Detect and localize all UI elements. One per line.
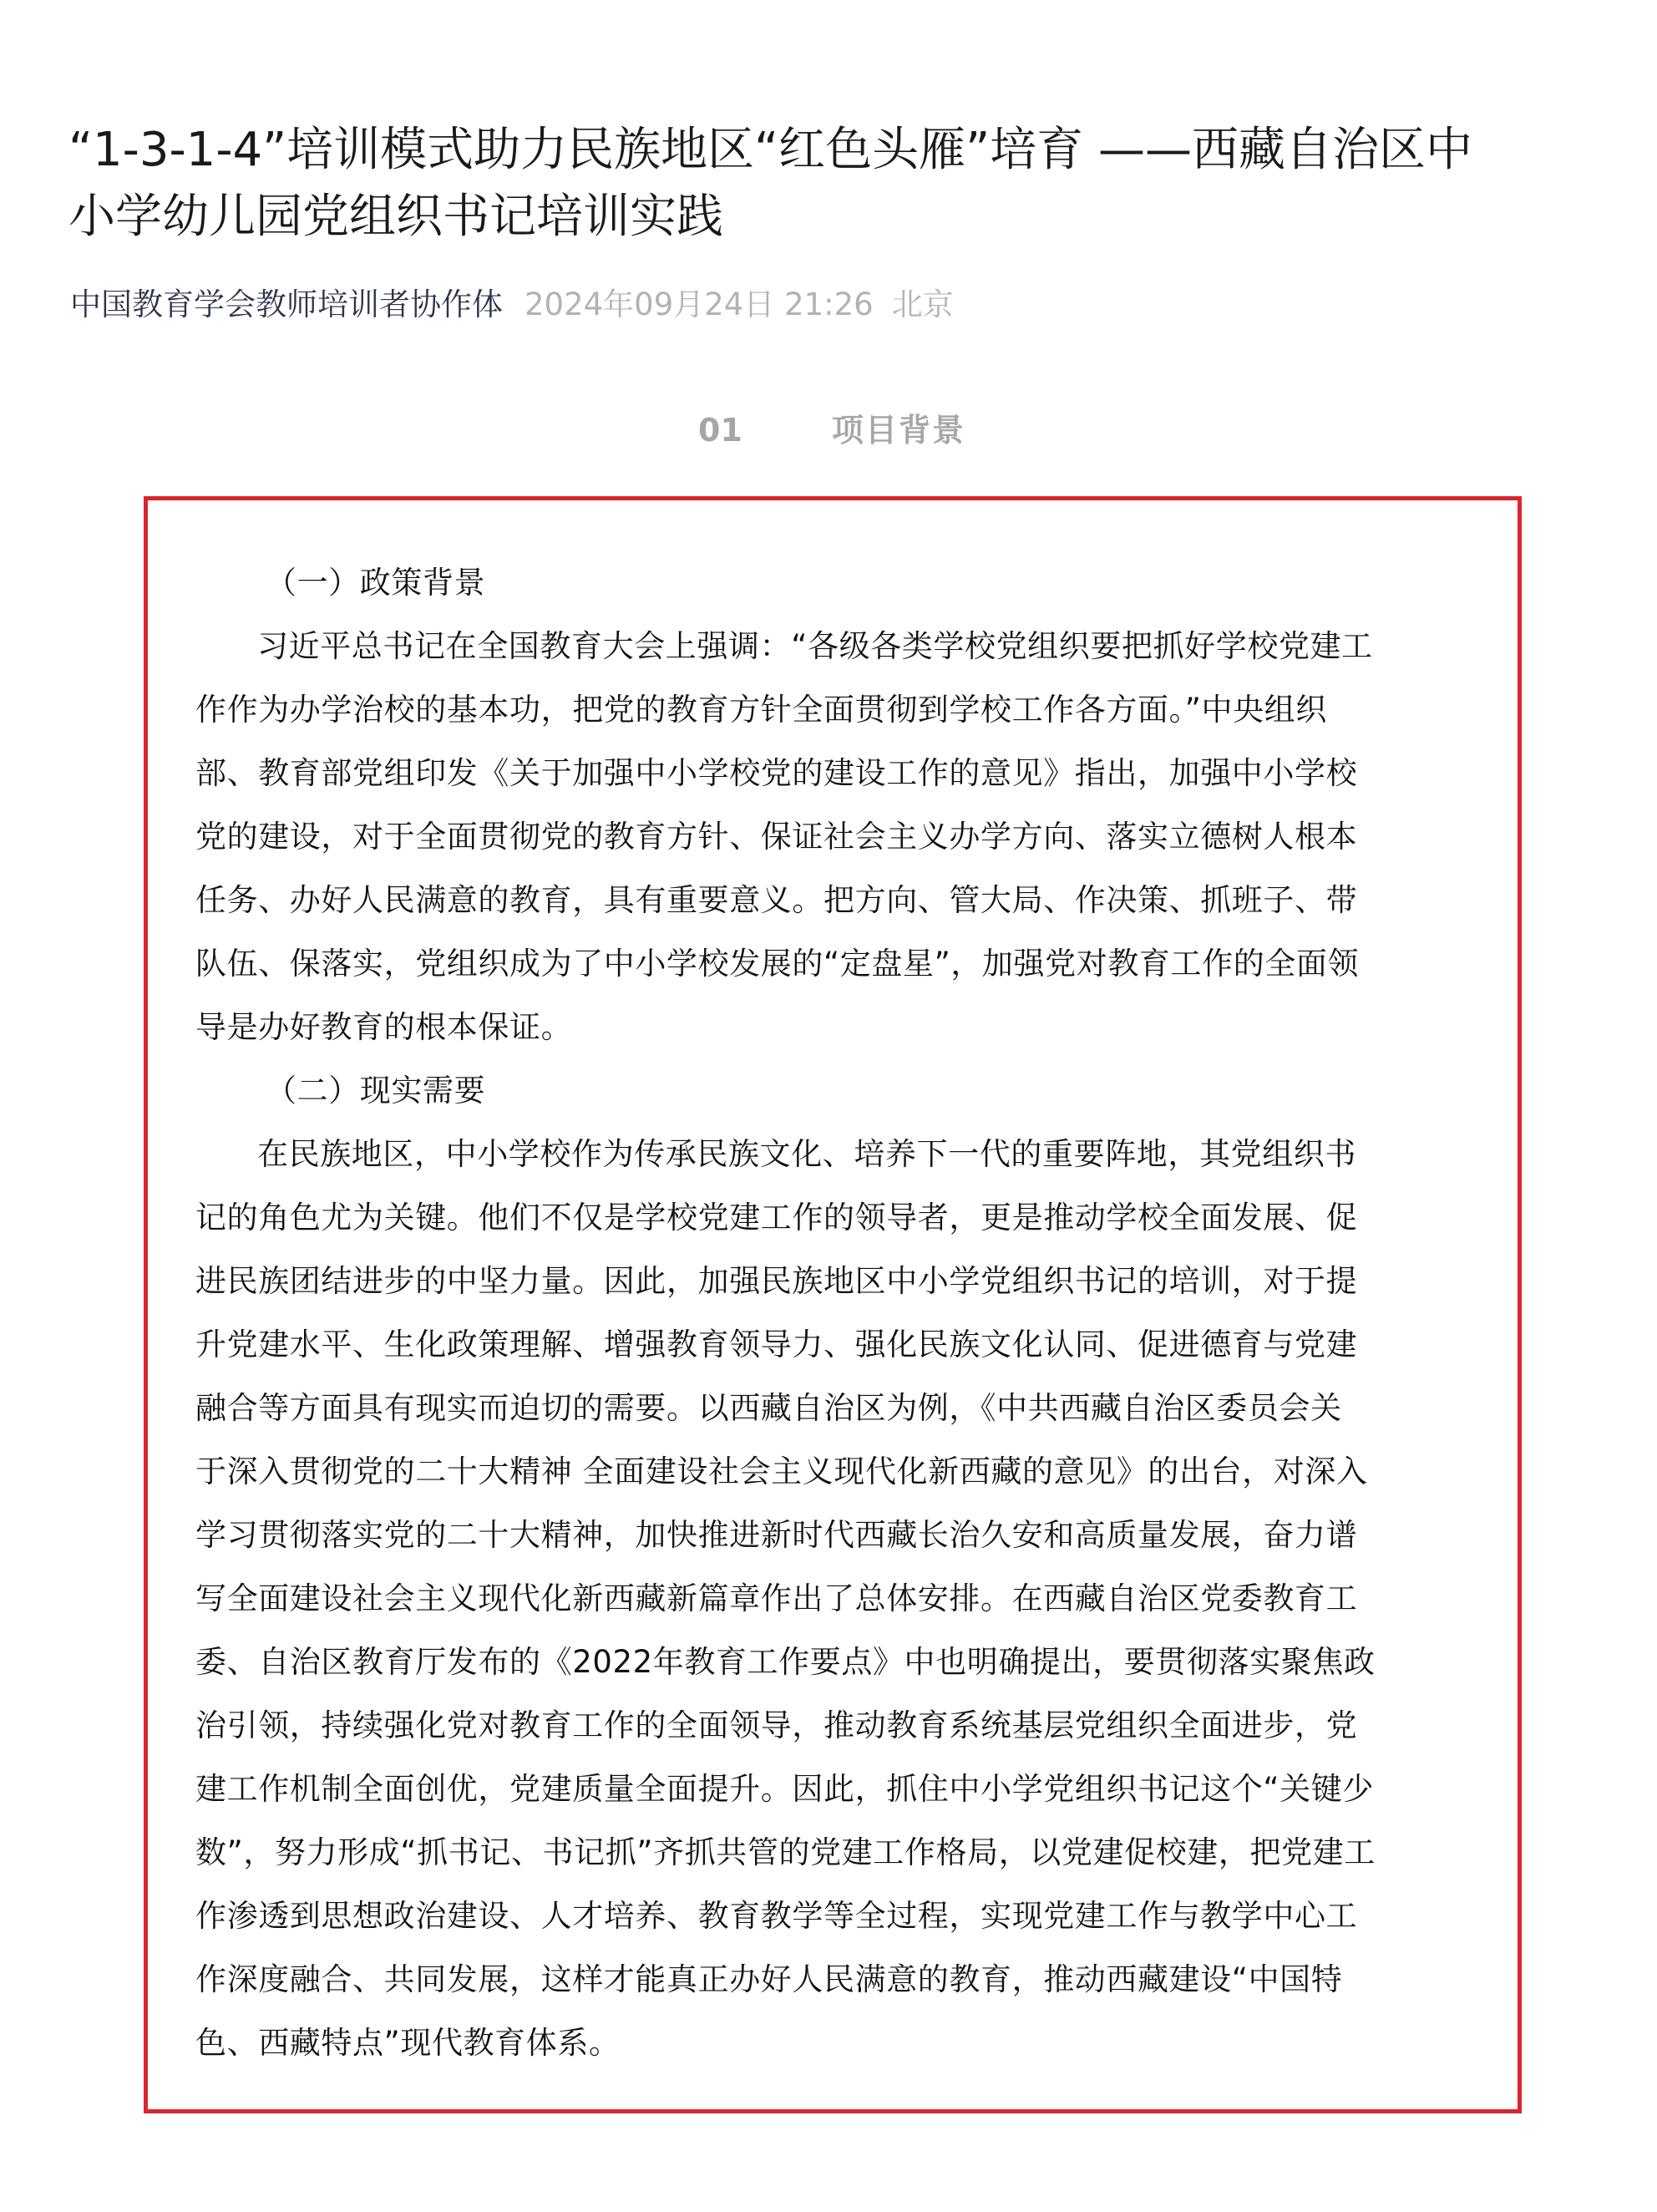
paragraph-line: 数”，努力形成“抓书记、书记抓”齐抓共管的党建工作格局，以党建促校建，把党建工 [195,1832,1482,1874]
paragraph-line: 进民族团结进步的中坚力量。因此，加强民族地区中小学党组织书记的培训，对于提 [195,1261,1482,1302]
paragraph-line: 党的建设，对于全面贯彻党的教育方针、保证社会主义办学方向、落实立德树人根本 [195,816,1482,858]
section-title: 项目背景 [832,409,965,451]
paragraph-line: 治引领，持续强化党对教育工作的全面领导，推动教育系统基层党组织全面进步，党 [195,1705,1482,1747]
paragraph-line: 记的角色尤为关键。他们不仅是学校党建工作的领导者，更是推动学校全面发展、促 [195,1197,1482,1239]
author-link[interactable]: 中国教育学会教师培训者协作体 [70,287,503,322]
section-header: 01 项目背景 [0,409,1657,451]
paragraph-line: 任务、办好人民满意的教育，具有重要意义。把方向、管大局、作决策、抓班子、带 [195,880,1482,921]
paragraph-line: 建工作机制全面创优，党建质量全面提升。因此，抓住中小学党组织书记这个“关键少 [195,1768,1482,1810]
paragraph-line: 融合等方面具有现实而迫切的需要。以西藏自治区为例，《中共西藏自治区委员会关 [195,1388,1482,1429]
section-number: 01 [698,409,742,451]
paragraph-line: 导是办好教育的根本保证。 [195,1007,1482,1048]
paragraph-line: 部、教育部党组印发《关于加强中小学校党的建设工作的意见》指出，加强中小学校 [195,753,1482,794]
paragraph-line: 作作为办学治校的基本功，把党的教育方针全面贯彻到学校工作各方面。”中央组织 [195,689,1482,731]
article-title-line-2: 小学幼儿园党组织书记培训实践 [68,184,1605,251]
subsection-heading-needs: （二）现实需要 [266,1070,1552,1112]
paragraph-line: 写全面建设社会主义现代化新西藏新篇章作出了总体安排。在西藏自治区党委教育工 [195,1578,1482,1620]
paragraph-line: 在民族地区，中小学校作为传承民族文化、培养下一代的重要阵地，其党组织书 [257,1134,1543,1175]
article-title: “1-3-1-4”培训模式助力民族地区“红色头雁”培育 ——西藏自治区中 小学幼… [68,117,1605,251]
paragraph-line: 习近平总书记在全国教育大会上强调：“各级各类学校党组织要把抓好学校党建工 [257,626,1543,667]
paragraph-line: 作渗透到思想政治建设、人才培养、教育教学等全过程，实现党建工作与教学中心工 [195,1895,1482,1937]
paragraph-line: 作深度融合、共同发展，这样才能真正办好人民满意的教育，推动西藏建设“中国特 [195,1959,1482,2001]
paragraph-line: 色、西藏特点”现代教育体系。 [195,2022,1482,2064]
publish-location: 北京 [892,287,954,322]
paragraph-line: 队伍、保落实，党组织成为了中小学校发展的“定盘星”，加强党对教育工作的全面领 [195,943,1482,985]
publish-date: 2024年09月24日 21:26 [524,287,874,322]
paragraph-line: 升党建水平、生化政策理解、增强教育领导力、强化民族文化认同、促进德育与党建 [195,1324,1482,1366]
article-title-line-1: “1-3-1-4”培训模式助力民族地区“红色头雁”培育 ——西藏自治区中 [68,117,1605,184]
paragraph-line: 于深入贯彻党的二十大精神 全面建设社会主义现代化新西藏的意见》的出台，对深入 [195,1451,1482,1493]
paragraph-line: 学习贯彻落实党的二十大精神，加快推进新时代西藏长治久安和高质量发展，奋力谱 [195,1514,1482,1556]
article-meta: 中国教育学会教师培训者协作体2024年09月24日 21:26北京 [70,284,954,326]
paragraph-line: 委、自治区教育厅发布的《2022年教育工作要点》中也明确提出，要贯彻落实聚焦政 [195,1641,1482,1683]
subsection-heading-policy: （一）政策背景 [266,562,1552,604]
